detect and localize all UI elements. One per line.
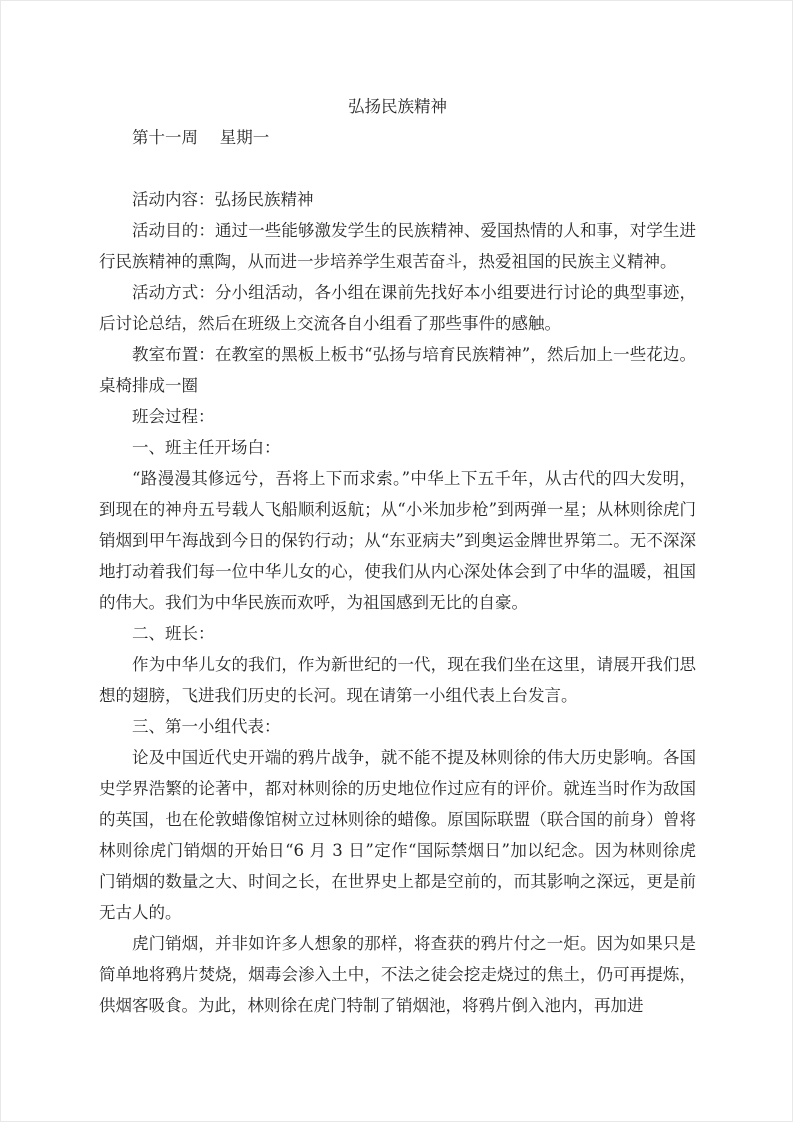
paragraph-classroom-setup: 教室布置：在教室的黑板上板书“弘扬与培育民族精神”，然后加上一些花边。桌椅排成一… — [99, 339, 696, 401]
paragraph-teacher-opening: “路漫漫其修远兮，吾将上下而求索。”中华上下五千年，从古代的四大发明，到现在的神… — [99, 463, 696, 618]
paragraph-group1-speech-part1: 论及中国近代史开端的鸦片战争，就不能不提及林则徐的伟大历史影响。各国史学界浩繁的… — [99, 742, 696, 928]
document-title: 弘扬民族精神 — [99, 91, 696, 122]
paragraph-monitor-speech: 作为中华儿女的我们，作为新世纪的一代，现在我们坐在这里，请展开我们思想的翅膀，飞… — [99, 649, 696, 711]
paragraph-activity-method: 活动方式：分小组活动，各小组在课前先找好本小组要进行讨论的典型事迹，后讨论总结，… — [99, 277, 696, 339]
paragraph-meeting-process: 班会过程： — [99, 401, 696, 432]
paragraph-section-1-heading: 一、班主任开场白： — [99, 432, 696, 463]
paragraph-group1-speech-part2: 虎门销烟，并非如许多人想象的那样，将查获的鸦片付之一炬。因为如果只是简单地将鸦片… — [99, 928, 696, 1021]
document-body: 弘扬民族精神 第十一周 星期一 活动内容：弘扬民族精神 活动目的：通过一些能够激… — [99, 91, 696, 1021]
blank-line — [99, 153, 696, 184]
paragraph-activity-purpose: 活动目的：通过一些能够激发学生的民族精神、爱国热情的人和事，对学生进行民族精神的… — [99, 215, 696, 277]
paragraph-section-2-heading: 二、班长： — [99, 618, 696, 649]
paragraph-activity-content: 活动内容：弘扬民族精神 — [99, 184, 696, 215]
date-line: 第十一周 星期一 — [99, 122, 696, 153]
paragraph-section-3-heading: 三、第一小组代表： — [99, 711, 696, 742]
document-page: 弘扬民族精神 第十一周 星期一 活动内容：弘扬民族精神 活动目的：通过一些能够激… — [0, 0, 793, 1122]
